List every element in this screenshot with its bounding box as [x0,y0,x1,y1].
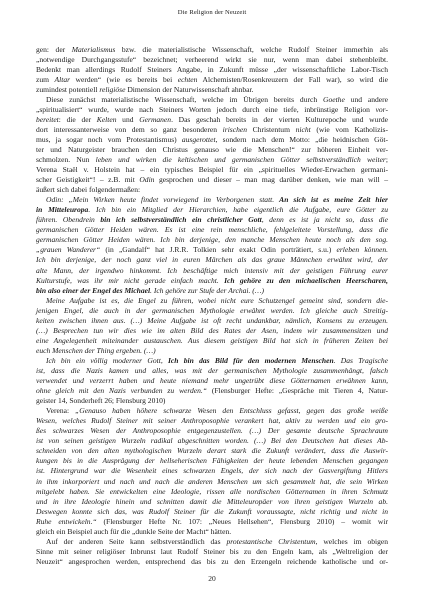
text-line: und in ihre Ideologie hinein und schnitt… [36,497,388,507]
text-segment: (…) Besprechen tun wir dies wie im alten… [36,326,388,335]
text-segment: gen: der [36,45,72,54]
text-line: germanischen Götter Heiden wären. Es ist… [36,225,388,235]
text-line: Ruhe entwickeln.“ (Flensburger Hefte Nr.… [36,517,388,527]
text-line: jenigen Engel, die auch in der germanisc… [36,306,388,316]
text-line: ßes schwarzes Wesen der Anthroposophie e… [36,426,388,436]
running-header: Die Religion der Neuzeit [0,9,424,16]
text-segment: mitgelebt haben. Sie entwickelten eine I… [36,487,388,496]
text-segment: bzw. die materialistische Wissenschaft, … [115,45,388,54]
text-segment: dort interessanterweise von dem so ganz … [36,125,223,134]
text-segment: ist, dass die Nazis kamen und alles, was… [36,366,388,375]
text-line: zumindest potentiell religiöse Dimension… [36,85,388,95]
text-segment: Odin: „Mein Wirken heute findet vorwiege… [46,195,279,204]
text-segment: (in „Gandalf“ hat J.R.R. Tolkien sehr ex… [100,245,336,254]
text-line: verwendet und verzerrt haben und heute n… [36,376,388,386]
text-segment: , welches im obigen [316,537,388,546]
text-line: Neuzeit“ angesprochen werden, entspreche… [36,557,388,567]
text-segment: scher Geistigkeit“! – z.B. mit [36,175,139,184]
text-segment: bin ich selbstverständlich ein christlic… [100,215,261,224]
text-segment: nicht [296,125,311,134]
text-line: Verena Staël v. Holstein hat – ein typis… [36,165,388,175]
text-segment: Diese zunächst materialistische Wissensc… [46,95,323,104]
text-segment: „spiritualisiert“ wurde, wurde nach Stei… [36,105,376,114]
text-segment: euch Menschen der Thing ergeben. (…) [36,346,156,355]
text-line: führen. Obendrein bin ich selbstverständ… [36,215,388,225]
text-segment: Ich gehöre zu den michaelischen Heerscha… [224,276,388,285]
text-segment: Deswegen konnte sich das, was Rudolf Ste… [36,507,388,516]
text-segment: leben und wirken die keltischen und germ… [96,155,386,164]
text-line: äußert sich dabei folgendermaßen: [36,185,388,195]
text-line: ohne gleich mit den Nazis verbunden zu w… [36,386,388,396]
text-segment: Verena Staël v. Holstein hat – ein typis… [36,165,388,174]
text-line: euch Menschen der Thing ergeben. (…) [36,346,388,356]
text-segment: Ich bin ein völlig moderner Gott, [46,356,168,365]
text-segment: Ich bin das Bild für den modernen Mensch… [168,356,334,365]
text-segment: geister 14, Sonderheft 26; Flensburg 201… [36,396,165,405]
text-segment: . Das Tragische [334,356,388,365]
text-line: eine Angelegenheit miteinander austausch… [36,336,388,346]
text-line: bereitet: die der Kelten und Germanen. D… [36,115,388,125]
text-segment: gleich ein Beispiel auch für die „dunkle… [36,527,231,536]
text-segment: mus, ja sogar noch vom Protestantismus) [36,135,182,144]
text-line: mus, ja sogar noch vom Protestantismus) … [36,135,388,145]
text-segment: Sinne mit seiner religiöser Inbrunst lau… [36,547,388,556]
text-segment: ausgerottet [182,135,216,144]
text-line: „notwendige Durchgangsstufe“ bezeichnet;… [36,55,388,65]
page-body-text: gen: der Materialismus bzw. die material… [36,45,388,567]
text-line: Bedenkt man allerdings Rudolf Steiners A… [36,65,388,75]
text-segment: Auf der anderen Seite kann selbstverstän… [46,537,227,546]
text-segment: ßes schwarzes Wesen der Anthroposophie e… [36,426,388,435]
text-line: bin also einer der Engel des Michael. Ic… [36,286,388,296]
text-line: alte Mann, der irgendwo hinkommt. Ich be… [36,266,388,276]
text-line: mitgelebt haben. Sie entwickelten eine I… [36,487,388,497]
text-line: „spiritualisiert“ wurde, wurde nach Stei… [36,105,388,115]
text-segment: und andere [345,95,388,104]
text-line: in ihm inkorporiert und nach und nach di… [36,477,388,487]
text-line: Verena: „Genauso haben höhere schwarze W… [36,406,388,416]
text-segment: kungen bis in die Ausprägung der hellseh… [36,456,388,465]
text-line: schmolzen. Nun leben und wirken die kelt… [36,155,388,165]
text-segment: ist. Hintergrund war die Wesenheit eines… [36,466,388,475]
text-line: scher Geistigkeit“! – z.B. mit Odin gesp… [36,175,388,185]
text-segment: „grauen Wanderer“ [36,245,100,254]
text-line: Auf der anderen Seite kann selbstverstän… [36,537,388,547]
text-segment: Verena: [46,406,75,415]
text-segment: jenigen Engel, die auch in der germanisc… [36,306,388,315]
text-line: „grauen Wanderer“ (in „Gandalf“ hat J.R.… [36,245,388,255]
text-segment: Goethe [323,95,345,104]
text-line: Diese zunächst materialistische Wissensc… [36,95,388,105]
text-segment: : die der [59,115,97,124]
page-number: 20 [0,574,424,583]
text-segment: . Das geschah bereits in der vierten Kul… [171,115,388,124]
text-segment: (wie vom Katholizis- [311,125,388,134]
text-segment: Neuzeit“ angesprochen werden, entspreche… [36,557,388,566]
text-line: ist, dass die Nazis kamen und alles, was… [36,366,388,376]
text-line: Ich bin ein völlig moderner Gott, Ich bi… [36,356,388,366]
text-segment: Ich bin derjenige, der noch ganz viel in… [36,255,388,264]
text-segment: . Ich bin ein Mitglied der Hierarchien, … [88,205,388,214]
text-segment: bin also einer der Engel des Michael [36,286,150,295]
text-line: zum Altar werden“ (wie es bereits bei ec… [36,75,388,85]
text-segment: Dimension der Naturwissenschaft ahnbar. [125,85,253,94]
text-segment: ist von seinen geistigen Wurzeln radikal… [36,436,388,445]
text-segment: und in ihre Ideologie hinein und schnitt… [36,497,388,506]
text-segment: Odin [139,175,154,184]
text-segment: Bedenkt man allerdings Rudolf Steiners A… [36,65,388,74]
text-line: Sinne mit seiner religiöser Inbrunst lau… [36,547,388,557]
text-segment: keiten zwischen ihnen aus. (…) Meine Auf… [36,316,388,325]
text-line: ist von seinen geistigen Wurzeln radikal… [36,436,388,446]
text-line: germanischen Götter Heiden wären. Ich bi… [36,235,388,245]
text-segment: schneiden von den alten mythologischen W… [36,446,388,455]
text-segment: alte Mann, der irgendwo hinkommt. Ich be… [36,266,388,275]
text-segment: , sondern nach dem Motto: „die heidnisch… [216,135,388,144]
text-segment: ohne gleich mit den Nazis verbunden zu w… [36,386,207,395]
text-segment: Kulturstufe, was ihr mir nicht gerade ei… [36,276,224,285]
text-segment: echten [178,75,198,84]
text-line: gen: der Materialismus bzw. die material… [36,45,388,55]
text-segment: Meine Aufgabe ist es, die Engel zu führe… [46,296,388,305]
text-segment: „Genauso haben höhere schwarze Wesen den… [75,406,388,415]
text-line: schneiden von den alten mythologischen W… [36,446,388,456]
text-segment: Alchemisten/Rosenkreuzern der Fall war),… [197,75,388,84]
text-segment: gesprochen und dieser – man mag darüber … [154,175,388,184]
text-line: Wesen, welches Rudolf Steiner mit seiner… [36,416,388,426]
text-segment: „notwendige Durchgangsstufe“ bezeichnet;… [36,55,388,64]
text-segment: An sich ist es meine Zeit hier [279,195,388,204]
text-segment: religiöse [99,85,125,94]
text-segment: führen. Obendrein [36,215,100,224]
text-segment: schmolzen. Nun [36,155,96,164]
text-line: Deswegen konnte sich das, was Rudolf Ste… [36,507,388,517]
text-segment: vor- [376,105,388,114]
text-segment: (Flensburger Hefte Nr. 107: „Neues Hells… [97,517,388,526]
text-line: (…) Besprechen tun wir dies wie im alten… [36,326,388,336]
text-segment: Ruhe entwickeln.“ [36,517,97,526]
text-segment: germanischen Götter Heiden wären. Ich bi… [36,235,388,244]
text-segment: in Mitteleuropa [36,205,88,214]
text-segment: Altar [55,75,71,84]
text-line: ist. Hintergrund war die Wesenheit eines… [36,466,388,476]
text-line: ter und Naturgeister brauchen den Christ… [36,145,388,155]
text-segment: Germanen [139,115,171,124]
text-line: keiten zwischen ihnen aus. (…) Meine Auf… [36,316,388,326]
text-segment: in ihm inkorporiert und nach und nach di… [36,477,388,486]
text-segment: protestantische Christentum [227,537,316,546]
text-segment: zum [36,75,55,84]
text-segment: germanischen Götter Heiden wären. Es ist… [36,225,388,234]
text-segment: , denn es ist ja nicht so, dass die [262,215,388,224]
text-segment: Kelten [97,115,117,124]
text-segment: werden“ (wie es bereits bei [70,75,178,84]
text-segment: verwendet und verzerrt haben und heute n… [36,376,388,385]
text-segment: ter und Naturgeister brauchen den Christ… [36,145,388,154]
text-line: Meine Aufgabe ist es, die Engel zu führe… [36,296,388,306]
text-segment: bereitet [36,115,59,124]
text-line: geister 14, Sonderheft 26; Flensburg 201… [36,396,388,406]
text-segment: und [117,115,140,124]
text-segment: erleben können. [337,245,389,254]
text-segment: ; [386,155,388,164]
text-line: dort interessanterweise von dem so ganz … [36,125,388,135]
text-line: kungen bis in die Ausprägung der hellseh… [36,456,388,466]
text-segment: Wesen, welches Rudolf Steiner mit seiner… [36,416,388,425]
text-line: gleich ein Beispiel auch für die „dunkle… [36,527,388,537]
text-line: Kulturstufe, was ihr mir nicht gerade ei… [36,276,388,286]
text-segment: zumindest potentiell [36,85,99,94]
text-line: Odin: „Mein Wirken heute findet vorwiege… [36,195,388,205]
text-segment: eine Angelegenheit miteinander austausch… [36,336,388,345]
text-segment: Materialismus [72,45,116,54]
text-segment: Christentum [247,125,296,134]
text-segment: äußert sich dabei folgendermaßen: [36,185,140,194]
text-segment: irischen [223,125,247,134]
text-line: in Mitteleuropa. Ich bin ein Mitglied de… [36,205,388,215]
text-line: Ich bin derjenige, der noch ganz viel in… [36,255,388,265]
text-segment: (Flensburger Hefte: „Gespräche mit Tiere… [207,386,388,395]
text-segment: . Ich gehöre zur Stufe der Archai. (…) [150,286,264,295]
